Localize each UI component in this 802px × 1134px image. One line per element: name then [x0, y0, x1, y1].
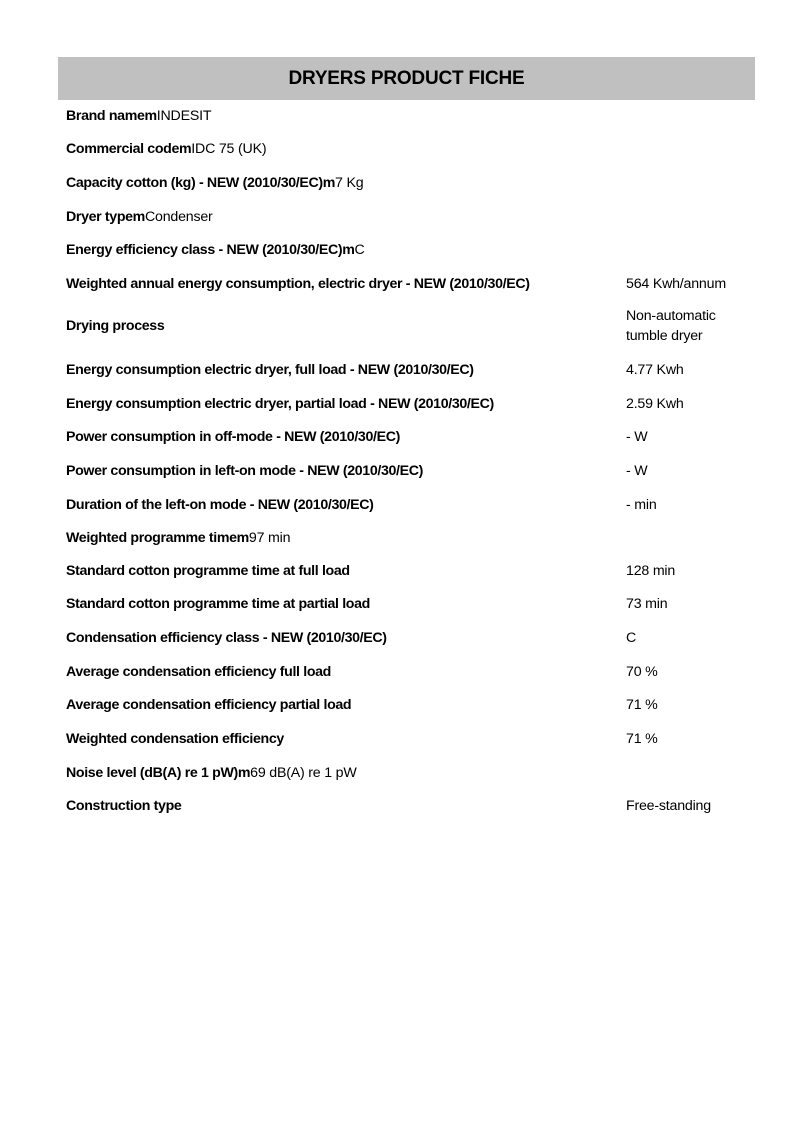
row-value: 564 Kwh/annum	[626, 274, 726, 294]
fiche-row: Duration of the left-on mode - NEW (2010…	[66, 495, 756, 515]
row-value: 128 min	[626, 561, 675, 581]
fiche-row: Drying processNon-automatic tumble dryer	[66, 306, 756, 350]
row-value: 4.77 Kwh	[626, 360, 684, 380]
row-value: - W	[626, 461, 647, 481]
fiche-row: Commercial codemIDC 75 (UK)	[66, 139, 756, 159]
row-value: - min	[626, 495, 657, 515]
fiche-row: Weighted annual energy consumption, elec…	[66, 274, 756, 294]
row-label: Power consumption in left-on mode - NEW …	[66, 463, 423, 479]
row-value: 2.59 Kwh	[626, 394, 684, 414]
fiche-row: Standard cotton programme time at full l…	[66, 561, 756, 581]
row-label: Brand namem	[66, 108, 157, 124]
fiche-row: Capacity cotton (kg) - NEW (2010/30/EC)m…	[66, 173, 756, 193]
row-label: Average condensation efficiency partial …	[66, 697, 351, 713]
row-label: Power consumption in off-mode - NEW (201…	[66, 429, 400, 445]
row-value: INDESIT	[157, 108, 212, 124]
row-value: C	[355, 242, 365, 258]
row-label: Energy efficiency class - NEW (2010/30/E…	[66, 242, 355, 258]
fiche-header: DRYERS PRODUCT FICHE	[58, 57, 755, 100]
row-label: Dryer typem	[66, 209, 145, 225]
row-value: Free-standing	[626, 796, 711, 816]
row-value: 7 Kg	[335, 175, 363, 191]
fiche-row: Brand namemINDESIT	[66, 106, 756, 126]
fiche-row: Average condensation efficiency full loa…	[66, 662, 756, 682]
row-label: Weighted annual energy consumption, elec…	[66, 276, 530, 292]
row-value: - W	[626, 427, 647, 447]
row-value: 73 min	[626, 594, 667, 614]
row-value: C	[626, 628, 636, 648]
row-label: Condensation efficiency class - NEW (201…	[66, 630, 387, 646]
row-value: 71 %	[626, 729, 658, 749]
fiche-row: Energy consumption electric dryer, parti…	[66, 394, 756, 414]
row-value: 69 dB(A) re 1 pW	[250, 765, 356, 781]
row-label: Weighted condensation efficiency	[66, 731, 284, 747]
row-value: 97 min	[249, 530, 290, 546]
row-value: Non-automatic tumble dryer	[626, 306, 756, 346]
row-label: Commercial codem	[66, 141, 191, 157]
fiche-row: Noise level (dB(A) re 1 pW)m69 dB(A) re …	[66, 763, 756, 783]
row-label: Construction type	[66, 798, 181, 814]
row-label: Standard cotton programme time at full l…	[66, 563, 350, 579]
fiche-row: Condensation efficiency class - NEW (201…	[66, 628, 756, 648]
row-label: Energy consumption electric dryer, parti…	[66, 396, 494, 412]
row-label: Energy consumption electric dryer, full …	[66, 362, 474, 378]
fiche-row: Power consumption in off-mode - NEW (201…	[66, 427, 756, 447]
fiche-row: Power consumption in left-on mode - NEW …	[66, 461, 756, 481]
row-value: Condenser	[145, 209, 213, 225]
row-value: IDC 75 (UK)	[191, 141, 266, 157]
fiche-row: Average condensation efficiency partial …	[66, 695, 756, 715]
row-value: 70 %	[626, 662, 658, 682]
fiche-row: Energy consumption electric dryer, full …	[66, 360, 756, 380]
fiche-row: Construction typeFree-standing	[66, 796, 756, 816]
row-label: Noise level (dB(A) re 1 pW)m	[66, 765, 250, 781]
fiche-row: Weighted programme timem97 min	[66, 528, 756, 548]
row-label: Drying process	[66, 316, 164, 336]
fiche-row: Dryer typemCondenser	[66, 207, 756, 227]
row-label: Capacity cotton (kg) - NEW (2010/30/EC)m	[66, 175, 335, 191]
row-label: Weighted programme timem	[66, 530, 249, 546]
row-label: Standard cotton programme time at partia…	[66, 596, 370, 612]
fiche-row: Energy efficiency class - NEW (2010/30/E…	[66, 240, 756, 260]
fiche-row: Standard cotton programme time at partia…	[66, 594, 756, 614]
row-label: Duration of the left-on mode - NEW (2010…	[66, 497, 374, 513]
row-value: 71 %	[626, 695, 658, 715]
page-title: DRYERS PRODUCT FICHE	[289, 68, 525, 90]
row-label: Average condensation efficiency full loa…	[66, 664, 331, 680]
fiche-row: Weighted condensation efficiency71 %	[66, 729, 756, 749]
